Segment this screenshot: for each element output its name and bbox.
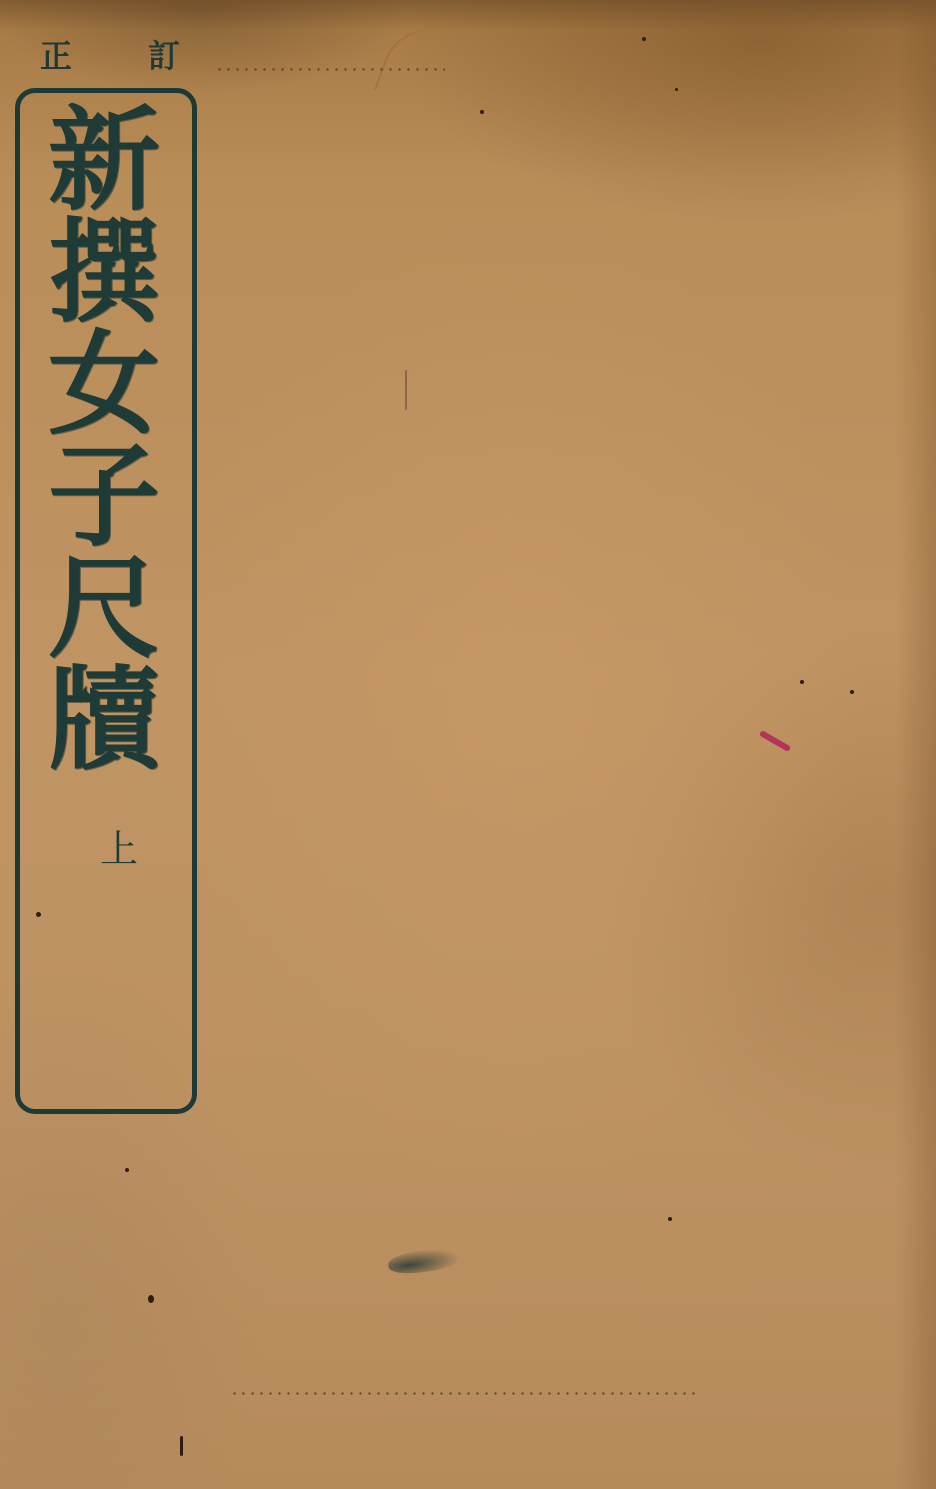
speck bbox=[180, 1436, 183, 1456]
speck bbox=[800, 680, 804, 684]
title-char-1: 新 bbox=[48, 106, 160, 218]
speck bbox=[405, 370, 407, 410]
book-cover: 訂 正 新 撰 女 子 尺 牘 上 bbox=[0, 0, 936, 1489]
title-char-2: 撰 bbox=[48, 218, 160, 330]
title-char-4: 子 bbox=[48, 442, 160, 554]
dotted-speck-row bbox=[215, 68, 445, 71]
speck bbox=[148, 1295, 154, 1303]
speck bbox=[125, 1168, 129, 1172]
revised-edition-label: 訂 正 bbox=[40, 32, 180, 76]
speck bbox=[668, 1217, 672, 1221]
paper-edge-shadow-right bbox=[896, 0, 936, 1489]
speck bbox=[675, 88, 678, 91]
speck bbox=[850, 690, 854, 694]
speck bbox=[480, 110, 484, 114]
revised-label-char-ding: 訂 bbox=[148, 31, 180, 77]
title-char-6: 牘 bbox=[48, 666, 160, 778]
volume-mark: 上 bbox=[100, 818, 138, 873]
ink-smudge bbox=[387, 1245, 459, 1277]
revised-label-char-zheng: 正 bbox=[40, 31, 72, 77]
book-title: 新 撰 女 子 尺 牘 bbox=[24, 106, 184, 778]
paper-edge-shadow-top bbox=[0, 0, 936, 30]
speck bbox=[36, 912, 41, 917]
title-char-3: 女 bbox=[48, 330, 160, 442]
red-ink-mark bbox=[759, 730, 791, 752]
speck bbox=[642, 37, 646, 41]
title-char-5: 尺 bbox=[48, 554, 160, 666]
dotted-speck-row bbox=[230, 1392, 700, 1395]
